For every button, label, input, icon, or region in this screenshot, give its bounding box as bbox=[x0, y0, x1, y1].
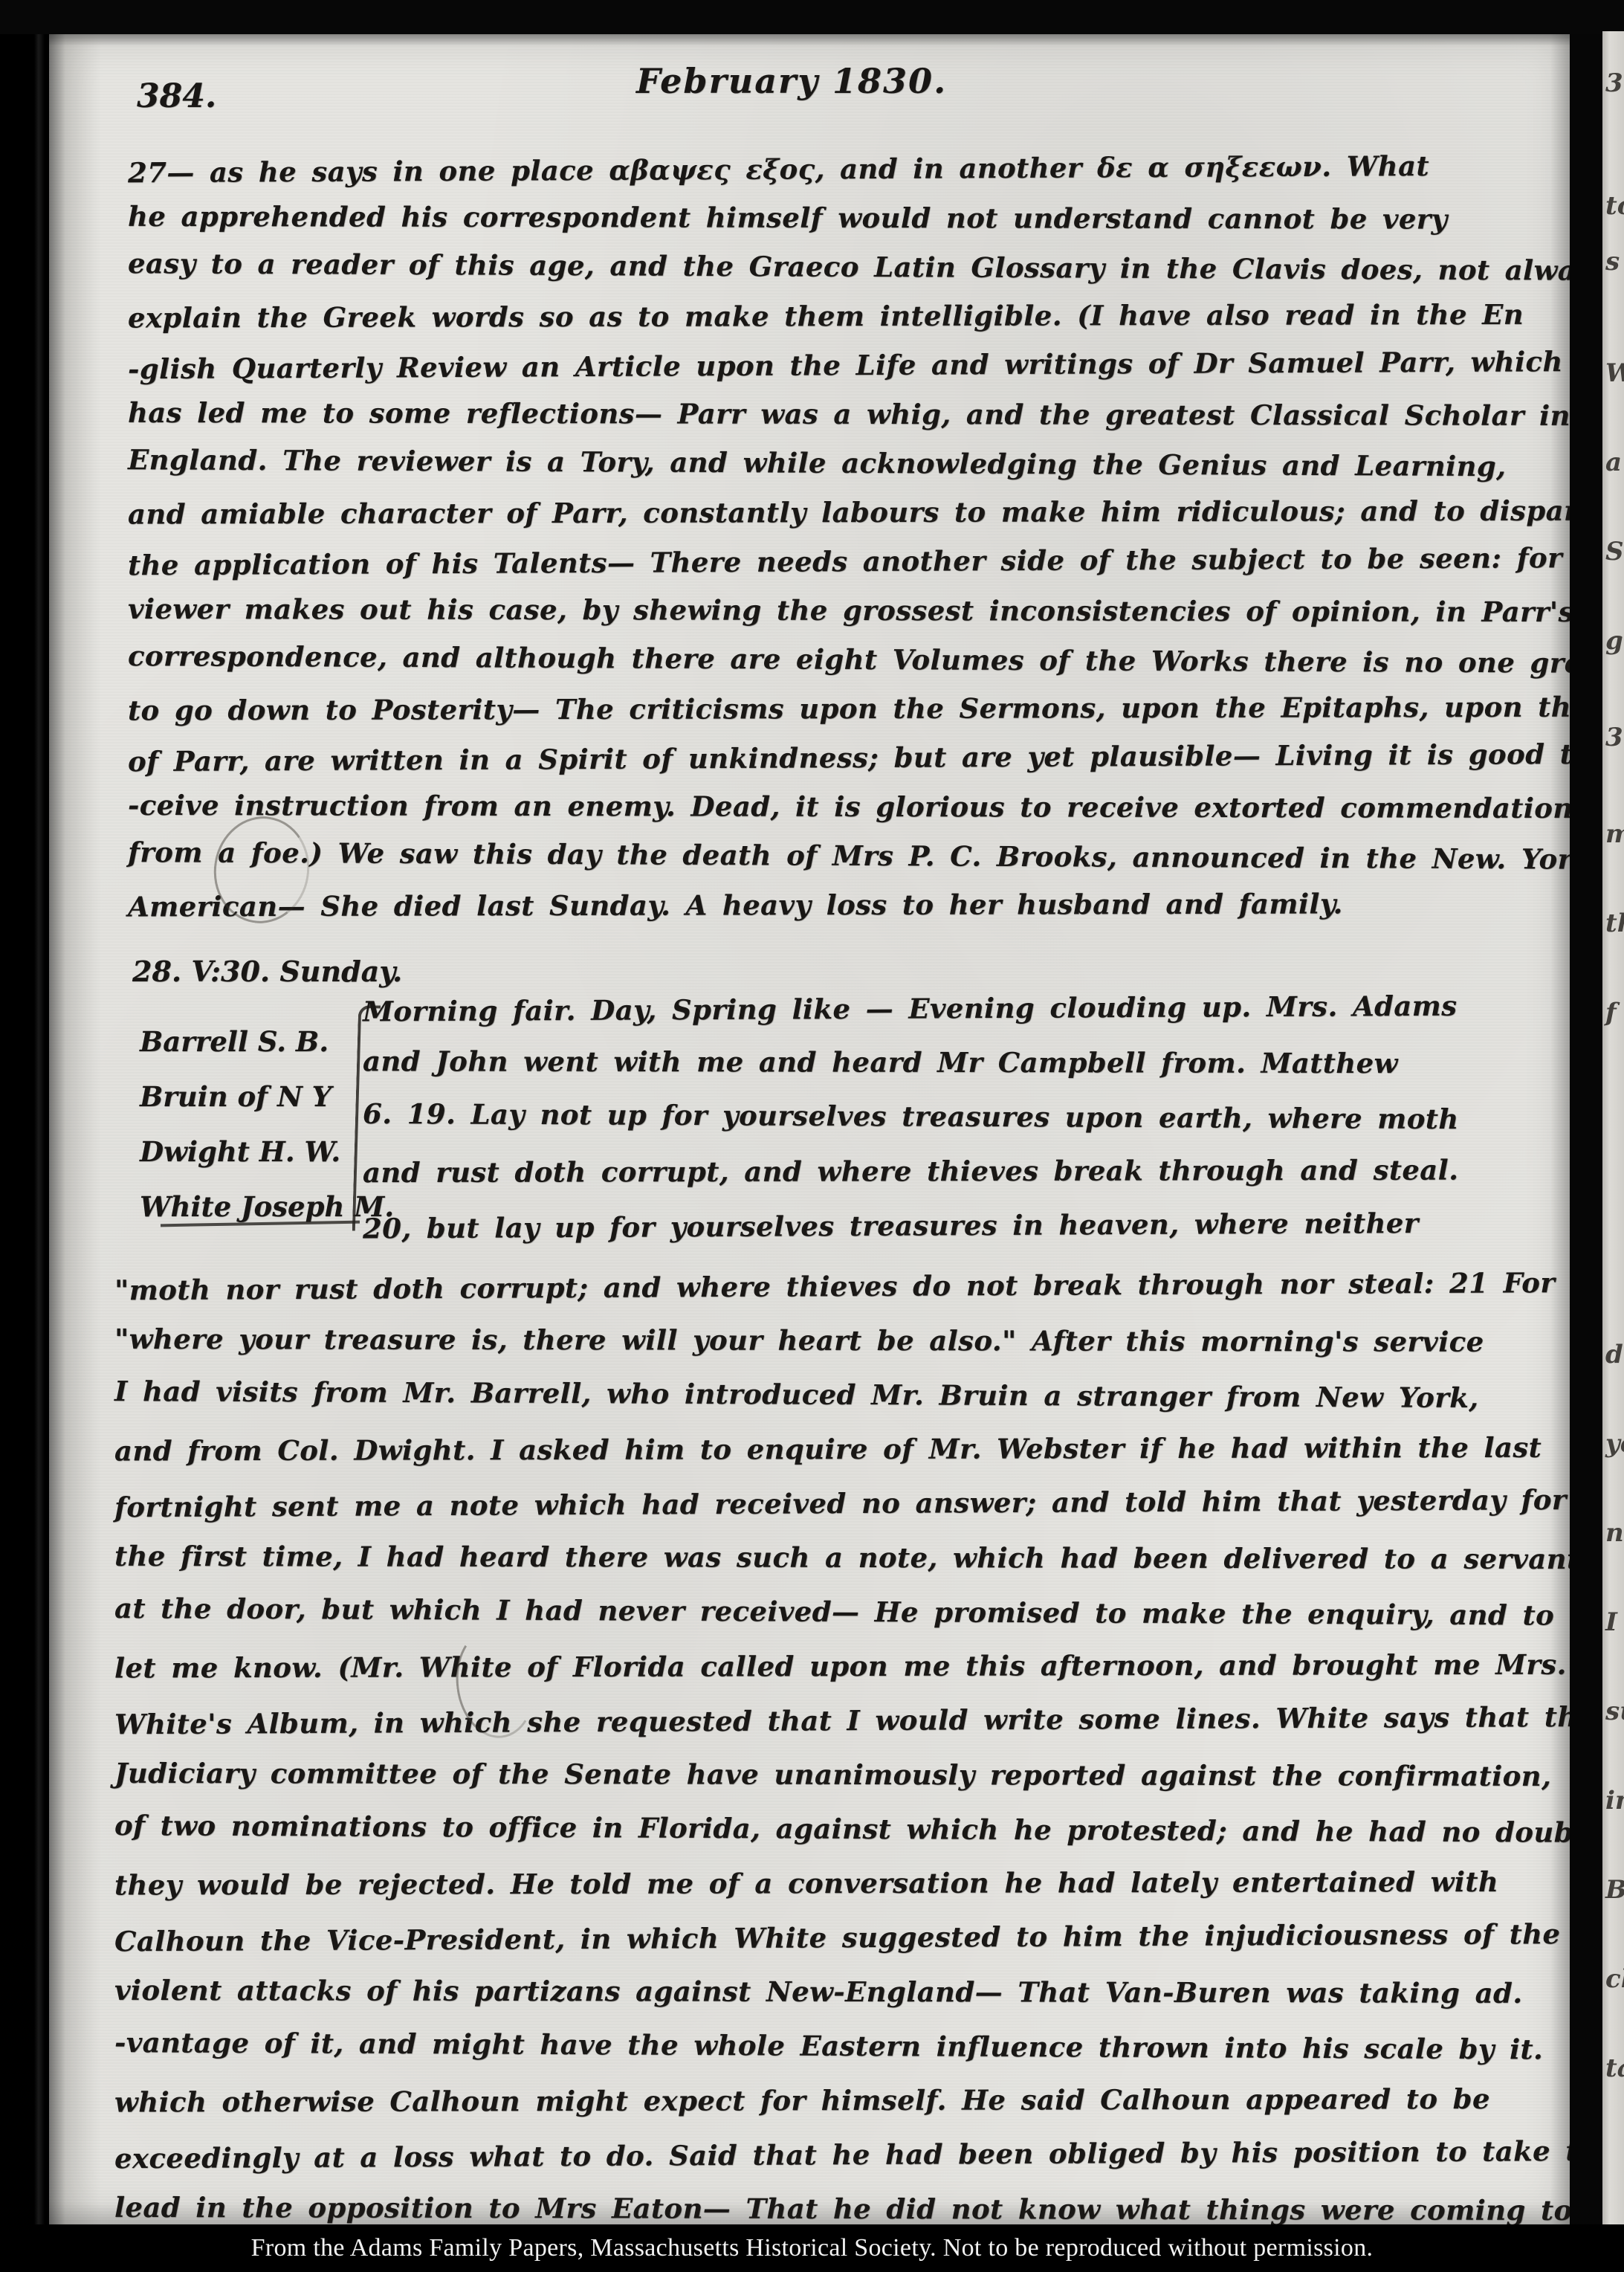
visitor-name: Dwight H. W. bbox=[140, 1124, 355, 1179]
entry-28-visitor-names: Barrell S. B. Bruin of N Y Dwight H. W. … bbox=[140, 1014, 355, 1234]
film-border-right bbox=[1570, 0, 1602, 2272]
manuscript-line: of Parr, are written in a Spirit of unki… bbox=[128, 729, 1614, 786]
page-title: February 1830. bbox=[636, 61, 947, 101]
manuscript-line: let me know. (Mr. White of Florida calle… bbox=[114, 1638, 1619, 1696]
manuscript-line: to go down to Posterity— The criticisms … bbox=[128, 682, 1614, 735]
manuscript-line: White's Album, in which she requested th… bbox=[114, 1690, 1619, 1752]
manuscript-line: explain the Greek words so as to make th… bbox=[128, 290, 1614, 343]
manuscript-line: and John went with me and heard Mr Campb… bbox=[363, 1034, 1619, 1091]
manuscript-line: "moth nor rust doth corrupt; and where t… bbox=[114, 1256, 1619, 1318]
entry-27-text-block: 27— as he says in one place αβαψες εξος,… bbox=[128, 144, 1614, 929]
manuscript-line: has led me to some reflections— Parr was… bbox=[128, 388, 1614, 440]
sliver-fragment: 36 bbox=[1605, 68, 1624, 98]
sliver-fragment: f bbox=[1605, 998, 1617, 1027]
manuscript-page: 384. February 1830. 27— as he says in on… bbox=[49, 31, 1570, 2224]
visitor-name: Barrell S. B. bbox=[140, 1014, 355, 1069]
manuscript-line: fortnight sent me a note which had recei… bbox=[114, 1473, 1619, 1535]
sliver-fragment: in bbox=[1605, 1786, 1624, 1816]
manuscript-line: the first time, I had heard there was su… bbox=[114, 1529, 1619, 1587]
manuscript-line: Calhoun the Vice-President, in which Whi… bbox=[114, 1907, 1619, 1969]
sliver-fragment: I g bbox=[1605, 1607, 1624, 1637]
manuscript-line: and from Col. Dwight. I asked him to enq… bbox=[114, 1421, 1619, 1479]
manuscript-line: easy to a reader of this age, and the Gr… bbox=[128, 239, 1614, 295]
manuscript-line: American— She died last Sunday. A heavy … bbox=[128, 879, 1614, 932]
manuscript-line: viewer makes out his case, by shewing th… bbox=[128, 584, 1614, 636]
adjacent-page-sliver: 36 to s W a S g 3 m th f d ye na I g su … bbox=[1602, 31, 1624, 2224]
manuscript-line: England. The reviewer is a Tory, and whi… bbox=[128, 435, 1614, 491]
film-border-top bbox=[0, 0, 1624, 34]
manuscript-line: I had visits from Mr. Barrell, who intro… bbox=[114, 1364, 1619, 1426]
entry-28-date: 28. V:30. Sunday. bbox=[132, 955, 402, 988]
sliver-fragment: to bbox=[1605, 191, 1624, 221]
manuscript-line: from a foe.) We saw this day the death o… bbox=[128, 827, 1614, 884]
caption-text: From the Adams Family Papers, Massachuse… bbox=[251, 2234, 1374, 2262]
manuscript-line: correspondence, and although there are e… bbox=[128, 631, 1614, 688]
sliver-fragment: S bbox=[1605, 537, 1624, 567]
manuscript-line: -vantage of it, and might have the whole… bbox=[114, 2016, 1619, 2077]
sliver-fragment: ye bbox=[1605, 1429, 1624, 1459]
manuscript-line: "where your treasure is, there will your… bbox=[114, 1312, 1619, 1369]
manuscript-line: and rust doth corrupt, and where thieves… bbox=[363, 1143, 1619, 1200]
manuscript-line: Morning fair. Day, Spring like — Evening… bbox=[363, 978, 1619, 1039]
manuscript-line: -ceive instruction from an enemy. Dead, … bbox=[128, 781, 1614, 833]
manuscript-line: 27— as he says in one place αβαψες εξος,… bbox=[128, 141, 1614, 197]
sliver-fragment: th bbox=[1605, 909, 1624, 938]
sliver-fragment: ch bbox=[1605, 1964, 1624, 1994]
sliver-fragment: 3 bbox=[1605, 723, 1623, 752]
manuscript-line: 20, but lay up for yourselves treasures … bbox=[363, 1195, 1619, 1256]
manuscript-line: the application of his Talents— There ne… bbox=[128, 533, 1614, 590]
sliver-fragment: s bbox=[1605, 247, 1620, 277]
manuscript-line: of two nominations to office in Florida,… bbox=[114, 1798, 1619, 1860]
sliver-fragment: W bbox=[1605, 358, 1624, 388]
page-number: 384. bbox=[137, 77, 216, 115]
sliver-fragment: Bu bbox=[1605, 1875, 1624, 1905]
manuscript-line: -glish Quarterly Review an Article upon … bbox=[128, 337, 1614, 393]
film-frame: 384. February 1830. 27— as he says in on… bbox=[0, 0, 1624, 2272]
entry-28-indented-block: Morning fair. Day, Spring like — Evening… bbox=[363, 981, 1619, 1253]
manuscript-line: he apprehended his correspondent himself… bbox=[128, 192, 1614, 244]
sliver-fragment: a bbox=[1605, 448, 1622, 477]
manuscript-line: at the door, but which I had never recei… bbox=[114, 1581, 1619, 1643]
sliver-fragment: na bbox=[1605, 1518, 1624, 1548]
sliver-fragment: g bbox=[1605, 626, 1623, 656]
visitor-name: Bruin of N Y bbox=[140, 1069, 355, 1124]
manuscript-line: exceedingly at a loss what to do. Said t… bbox=[114, 2124, 1619, 2187]
film-border-left bbox=[0, 0, 49, 2272]
manuscript-line: which otherwise Calhoun might expect for… bbox=[114, 2072, 1619, 2130]
sliver-fragment: tak bbox=[1605, 2053, 1624, 2083]
sliver-fragment: d bbox=[1605, 1340, 1623, 1369]
caption-bar: From the Adams Family Papers, Massachuse… bbox=[0, 2224, 1624, 2272]
entry-28-main-block: "moth nor rust doth corrupt; and where t… bbox=[114, 1259, 1619, 2236]
manuscript-line: violent attacks of his partizans against… bbox=[114, 1963, 1619, 2021]
sliver-fragment: m bbox=[1605, 819, 1624, 849]
manuscript-line: they would be rejected. He told me of a … bbox=[114, 1855, 1619, 1913]
manuscript-line: and amiable character of Parr, constantl… bbox=[128, 486, 1614, 539]
manuscript-line: Judiciary committee of the Senate have u… bbox=[114, 1746, 1619, 1804]
sliver-fragment: su bbox=[1605, 1697, 1624, 1726]
manuscript-line: 6. 19. Lay not up for yourselves treasur… bbox=[363, 1087, 1619, 1147]
